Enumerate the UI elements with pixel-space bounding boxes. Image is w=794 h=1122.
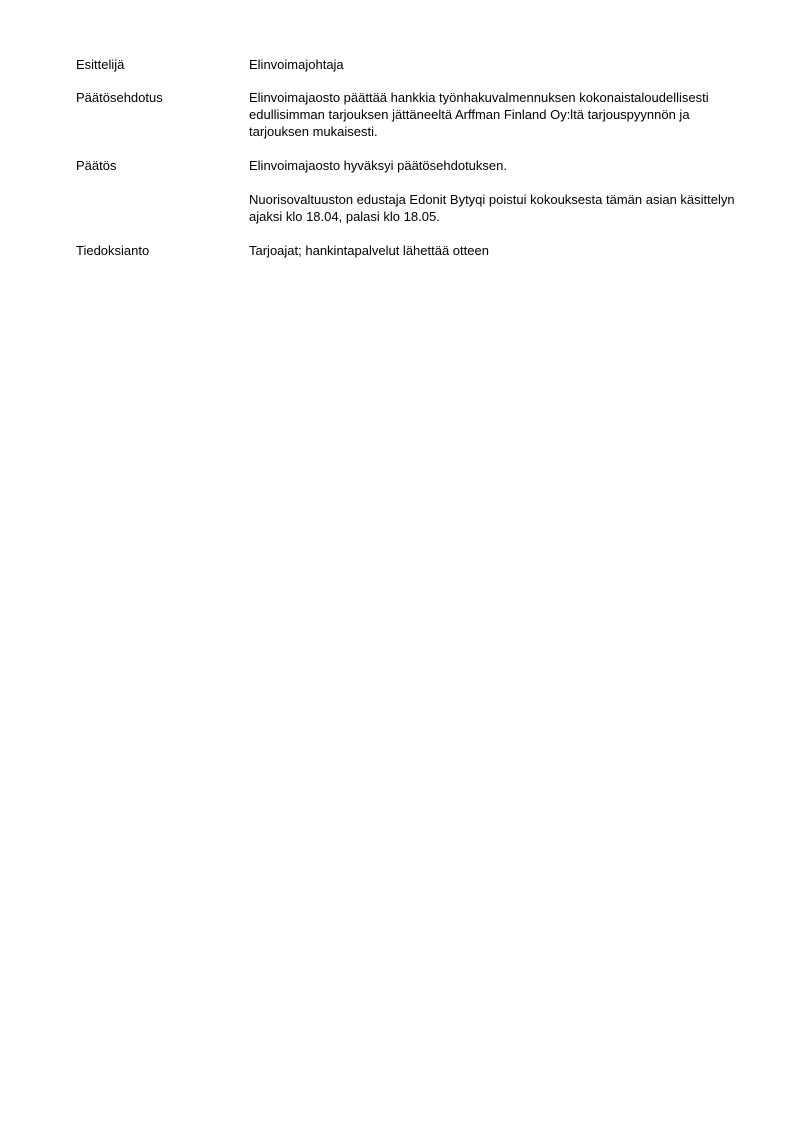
row-content-tiedoksianto: Tarjoajat; hankintapalvelut lähettää ott… [249, 242, 746, 259]
row-content-paatosehdotus: Elinvoimajaosto päättää hankkia työnhaku… [249, 89, 746, 140]
decision-note-text: Nuorisovaltuuston edustaja Edonit Bytyqi… [249, 191, 746, 225]
row-tiedoksianto: Tiedoksianto Tarjoajat; hankintapalvelut… [76, 242, 746, 259]
row-label-paatos: Päätös [76, 157, 249, 225]
row-paatosehdotus: Päätösehdotus Elinvoimajaosto päättää ha… [76, 89, 746, 140]
row-label-tiedoksianto: Tiedoksianto [76, 242, 249, 259]
proposal-text: Elinvoimajaosto päättää hankkia työnhaku… [249, 89, 746, 140]
decision-text: Elinvoimajaosto hyväksyi päätösehdotukse… [249, 157, 746, 174]
document-page: Esittelijä Elinvoimajohtaja Päätösehdotu… [0, 0, 794, 1122]
row-label-paatosehdotus: Päätösehdotus [76, 89, 249, 140]
row-label-esittelija: Esittelijä [76, 56, 249, 73]
row-esittelija: Esittelijä Elinvoimajohtaja [76, 56, 746, 73]
row-content-paatos: Elinvoimajaosto hyväksyi päätösehdotukse… [249, 157, 746, 225]
row-content-esittelija: Elinvoimajohtaja [249, 56, 746, 73]
notification-text: Tarjoajat; hankintapalvelut lähettää ott… [249, 242, 746, 259]
presenter-text: Elinvoimajohtaja [249, 56, 746, 73]
row-paatos: Päätös Elinvoimajaosto hyväksyi päätöseh… [76, 157, 746, 225]
